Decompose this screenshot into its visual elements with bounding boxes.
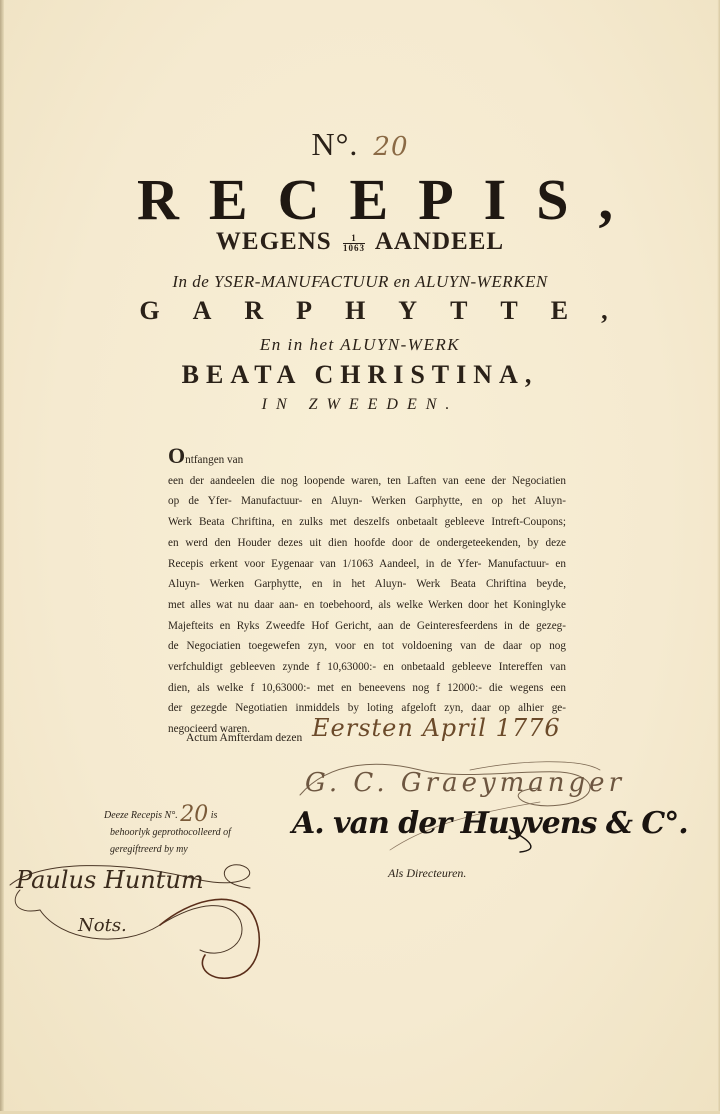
registration-line-3: geregiftreerd by my [104, 841, 231, 858]
subtitle-zweeden: IN ZWEEDEN. [0, 396, 720, 414]
handwritten-date: Eersten April 1776 [312, 714, 561, 742]
drop-cap: O [168, 443, 185, 468]
certificate-number: N°. 20 [0, 126, 720, 163]
body-line: Ontfangen van [168, 446, 566, 471]
wegens-suffix: AANDEEL [375, 228, 504, 255]
heading-garphytte: GARPHYTTE, [0, 296, 720, 326]
body-line: met alles wat nu daar aan- en toebehoord… [168, 595, 566, 616]
heading-beata-christina: BEATA CHRISTINA, [0, 360, 720, 390]
body-line: en werd den Houder dezes uit dien hoofde… [168, 533, 566, 554]
body-line: Aluyn- Werken Garphytte, en in het Aluyn… [168, 574, 566, 595]
document-paper: N°. 20 RECEPIS, WEGENS 1 1063 AANDEEL In… [0, 0, 720, 1114]
registration-line-2: behoorlyk geprothocolleerd of [104, 824, 231, 841]
notary-title: Nots. [78, 915, 127, 936]
actum-line: Actum Amfterdam dezen [186, 732, 302, 744]
body-line: Werk Beata Chriftina, en zulks met desze… [168, 512, 566, 533]
registration-line-1: Deeze Recepis N°. 20 is [104, 806, 231, 824]
body-line: de Negociatien toegewefen zyn, voor en t… [168, 636, 566, 657]
directors-caption: Als Directeuren. [388, 866, 466, 881]
signature-director-2: A. van der Huyvens & C°. [292, 806, 688, 841]
document-title: RECEPIS, [0, 166, 720, 233]
signature-notary: Paulus Huntum [16, 866, 204, 894]
body-line: dien, als welke f 10,63000:- met en bene… [168, 678, 566, 699]
body-line: een der aandeelen die nog loopende waren… [168, 471, 566, 492]
subtitle-en-in: En in het ALUYN-WERK [0, 335, 720, 355]
body-line: Majefteits en Ryks Zweedfe Hof Gericht, … [168, 616, 566, 637]
body-line: op de Yfer- Manufactuur- en Aluyn- Werke… [168, 491, 566, 512]
signature-director-1: G. C. Graeymanger [305, 768, 625, 798]
fraction-denominator: 1063 [343, 244, 365, 253]
share-line: WEGENS 1 1063 AANDEEL [0, 228, 720, 256]
wegens-prefix: WEGENS [216, 228, 332, 255]
share-fraction: 1 1063 [343, 234, 365, 253]
number-handwritten: 20 [373, 132, 408, 162]
registration-note: Deeze Recepis N°. 20 is behoorlyk geprot… [104, 806, 231, 858]
number-label: N°. [312, 126, 359, 162]
subtitle-in-de: In de YSER-MANUFACTUUR en ALUYN-WERKEN [0, 272, 720, 292]
body-line: verfchuldigt gebleeven zynde f 10,63000:… [168, 657, 566, 678]
body-text: Ontfangen van een der aandeelen die nog … [168, 446, 566, 740]
body-line: Recepis erkent voor Eygenaar van 1/1063 … [168, 554, 566, 575]
